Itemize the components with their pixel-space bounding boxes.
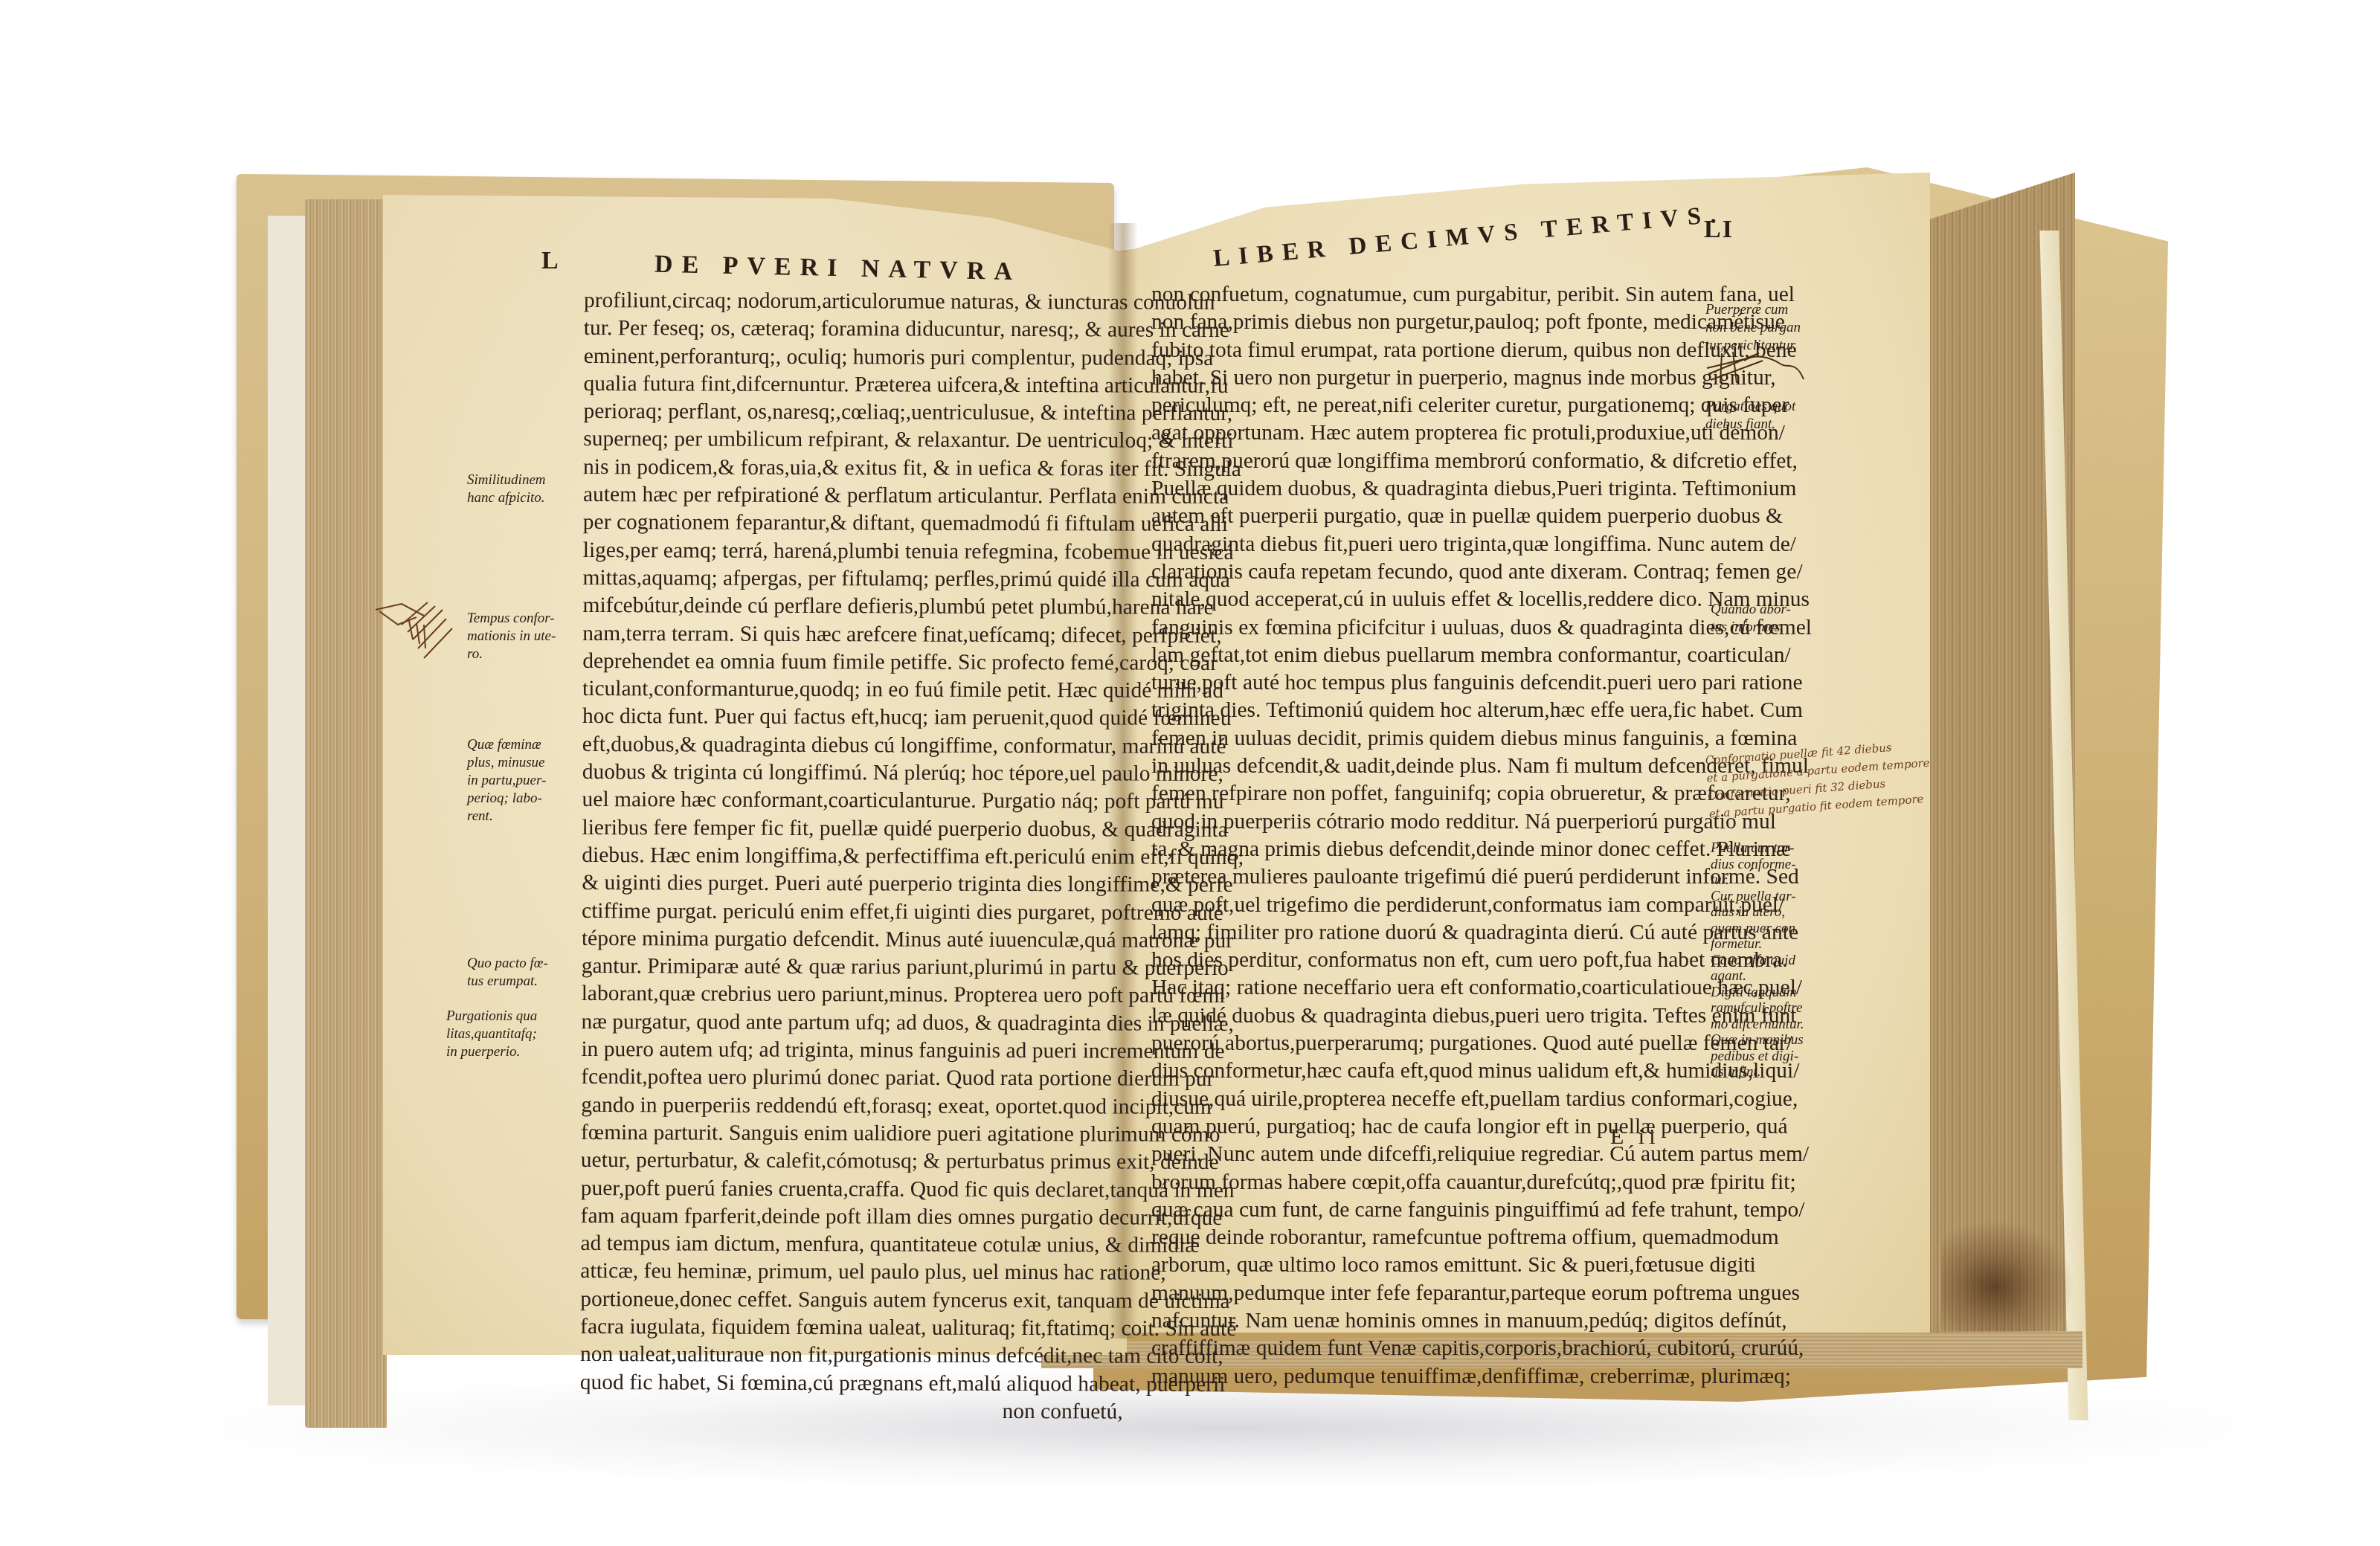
text-line: femen refpirare non poffet, fanguinifq; … [1151, 780, 1702, 808]
text-line: reque deinde roborantur, ramefcuntue pof… [1151, 1224, 1702, 1252]
text-line: atticæ, feu heminæ, primum, uel paulo pl… [580, 1257, 1130, 1287]
text-line: & uiginti dies purget. Pueri auté puerpe… [582, 869, 1132, 899]
left-folio-number: L [541, 247, 560, 275]
text-line: tur. Per feseq; os, cæteraq; foramina di… [584, 315, 1134, 344]
text-line: nam,terra terram. Si quis hæc arefcere f… [582, 620, 1133, 650]
pointing-hand-icon [372, 595, 461, 677]
text-line: duobus & triginta cú longiffimú. Ná pler… [582, 758, 1133, 788]
left-shoulder-note-4: Quo pacto fœ- tus erumpat. [467, 955, 548, 991]
text-line: in uuluas defcendit,& uadit,deinde plus.… [1151, 753, 1702, 780]
text-line: lamq; fimiliter pro ratione duorú & quad… [1151, 919, 1702, 947]
text-line: fam aquam fparferit,deinde poft illam di… [581, 1202, 1131, 1232]
text-line: non ualeat,ualituraue non fit,purgationi… [580, 1341, 1130, 1371]
text-line: ta, & magna primis diebus defcendit,dein… [1151, 836, 1702, 863]
text-line: ftrarem,puerorú quæ longiffima membrorú … [1151, 448, 1702, 475]
text-line: periculumq; eft, ne pereat,nifi celerite… [1151, 392, 1702, 419]
text-line: lieribus fere femper fic fit, puellæ qui… [582, 814, 1132, 844]
text-line: fubito tota fimul erumpat, rata portione… [1151, 337, 1702, 364]
text-line: diusue,quá uirile,propterea neceffe eft,… [1151, 1086, 1702, 1113]
text-line: quod in puerperiis cótrario modo redditu… [1151, 808, 1702, 836]
text-line: eft,duobus,& quadraginta diebus cú longi… [582, 731, 1133, 761]
text-line: autem hæc per refpirationé & perflatum a… [583, 481, 1133, 511]
text-line: perioraq; perflant, os,naresq;,cœliaq;,u… [583, 398, 1133, 428]
text-line: nis in podicem,& foras,uia,& exitus fit,… [583, 454, 1133, 483]
text-line: brorum formas habere cœpit,offa cauantur… [1151, 1169, 1702, 1196]
text-line: nafcuntur. Nam uenæ hominis omnes in man… [1151, 1307, 1702, 1335]
left-shoulder-note-2: Tempus confor- mationis in ute- ro. [467, 610, 556, 663]
text-line: ctiffime purgat. periculú enim effet,fi … [582, 898, 1132, 927]
signature-mark: E ii [1610, 1124, 1660, 1150]
text-line: femen in uuluas decidit, primis quidem d… [1151, 725, 1702, 753]
text-line: quadraginta diebus fit,pueri uero trigin… [1151, 531, 1702, 558]
text-line: triginta dies. Teftimoniú quidem hoc alt… [1151, 697, 1702, 724]
text-line: fanguinis ex fœmina pficifcitur i uuluas… [1151, 614, 1702, 642]
text-line: facra iugulata, fiquidem fœmina ualeat, … [580, 1313, 1130, 1343]
water-stain [1941, 1220, 2075, 1331]
text-line: gando in puerperiis reddendú eft,forasq;… [581, 1092, 1131, 1121]
text-line: hoc dicta funt. Puer qui factus eft,hucq… [582, 703, 1133, 732]
manuscript-flourish-icon [1699, 338, 1811, 390]
text-line: fcendit,poftea uero plurimú donec pariat… [581, 1063, 1131, 1093]
left-page-text: profiliunt,circaq; nodorum,articulorumue… [580, 287, 1134, 1426]
text-line: puer,poft puerú fanies cruenta,craffa. Q… [581, 1174, 1131, 1204]
right-page-text: non confuetum, cognatumue, cum purgabitu… [1151, 281, 1702, 1391]
text-line: laborant,quæ crebrius uero pariunt,minus… [582, 980, 1132, 1010]
text-line: profiliunt,circaq; nodorum,articulorumue… [584, 287, 1134, 317]
text-line: nitale,quod acceperat,cú in uuluis effet… [1151, 586, 1702, 613]
text-line: uetur, perturbatur, & calefit,cómotusq; … [581, 1147, 1131, 1176]
text-line: næ purgatur, quod ante partum ufq; ad du… [581, 1008, 1131, 1038]
text-line: turue,poft auté hoc tempus plus fanguini… [1151, 669, 1702, 697]
text-line: non confuetú, [580, 1397, 1130, 1426]
text-line: in puero autem ufq; ad triginta, minus f… [581, 1036, 1131, 1066]
text-line: arborum, quæ ultimo loco ramos emittunt.… [1151, 1252, 1702, 1279]
text-line: hos dies perditur, conformatus non eft, … [1151, 947, 1702, 974]
text-line: quæ caua cum funt, de carne fanguinis pi… [1151, 1196, 1702, 1224]
text-line: non fana,primis diebus non purgetur,paul… [1151, 309, 1702, 336]
text-line: tépore minima purgatio defcendit. Minus … [582, 925, 1132, 955]
text-line: deprehendet ea omnia fuum fimile petiffe… [582, 648, 1133, 677]
right-folio-number: LI [1704, 216, 1734, 244]
text-line: mifcebútur,deinde cú perflare defieris,p… [582, 592, 1133, 622]
text-line: autem eft puerperii purgatio, quæ in pue… [1151, 503, 1702, 530]
text-line: gantur. Primiparæ auté & quæ rarius pari… [582, 953, 1132, 982]
text-line: superneq; per umbilicum refpirant, & rel… [583, 425, 1133, 455]
text-line: dius conformetur,hæc caufa eft,quod minu… [1151, 1057, 1702, 1085]
text-line: portioneue,donec ceffet. Sanguis autem f… [580, 1286, 1130, 1315]
text-line: puerorú abortus,puerperarumq; purgatione… [1151, 1030, 1702, 1057]
text-line: manuum,pedumque inter fefe feparantur,pa… [1151, 1280, 1702, 1307]
left-shoulder-note-5: Purgationis qua litas,quantitafq; in pue… [446, 1008, 537, 1061]
text-line: qualia futura fint,difcernuntur. Prætere… [583, 370, 1133, 400]
left-page-edges [305, 199, 387, 1428]
text-line: quæ poft,uel trigefimo die perdiderunt,c… [1151, 892, 1702, 919]
text-line: mittas,aquamq; afpergas, per fiftulamq; … [583, 564, 1133, 594]
right-shoulder-note-3: Quando abor- tus informes. [1711, 601, 1791, 637]
text-line: præterea mulieres pauloante trigefimú di… [1151, 863, 1702, 891]
text-line: craffiffimæ quidem funt Venæ capitis,cor… [1151, 1335, 1702, 1362]
text-line: quod fic habet, Si fœmina,cú prægnans ef… [580, 1369, 1130, 1399]
text-line: læ quidé duobus & quadraginta diebus,pue… [1151, 1002, 1702, 1030]
text-line: ticulant,conformanturue,quodq; in eo fuú… [582, 675, 1133, 705]
text-line: agat opportunam. Hæc autem propterea fic… [1151, 419, 1702, 447]
text-line: eminent,perforanturq;, oculiq; humoris p… [584, 343, 1134, 373]
text-line: per cognationem feparantur,& diftant, qu… [583, 509, 1133, 538]
text-line: habet. Si uero non purgetur in puerperio… [1151, 364, 1702, 392]
text-line: liges,per eamq; terrá, harená,plumbi ten… [583, 537, 1133, 567]
text-line: manuum uero, pedumque tenuiffimæ,denfiff… [1151, 1363, 1702, 1391]
text-line: diebus. Hæc enim longiffima,& perfectiff… [582, 842, 1132, 872]
text-line: fœmina parturit. Sanguis enim ualidiore … [581, 1119, 1131, 1149]
text-line: non confuetum, cognatumue, cum purgabitu… [1151, 281, 1702, 309]
text-line: Hac itaq; ratione neceffario uera eft co… [1151, 974, 1702, 1002]
text-line: lam geftat,tot enim diebus puellarum mem… [1151, 642, 1702, 669]
text-line: ad tempus iam dictum, menfura, quantitat… [580, 1230, 1130, 1260]
text-line: uel maiore hæc conformant,coarticulantur… [582, 786, 1133, 816]
right-shoulder-note-4: Puella cur tar- dius conforme- tur. Cur … [1711, 840, 1804, 1080]
left-shoulder-note-3: Quæ fœminæ plus, minusue in partu,puer- … [467, 736, 546, 825]
text-line: clarationis caufa repetam fecundo, quod … [1151, 558, 1702, 586]
left-endpaper [268, 216, 305, 1405]
left-shoulder-note-1: Similitudinem hanc afpicito. [467, 471, 546, 507]
right-shoulder-note-2: Purgatiões quot diebus fiant. [1705, 398, 1795, 434]
text-line: Puellæ quidem duobus, & quadraginta dieb… [1151, 475, 1702, 503]
